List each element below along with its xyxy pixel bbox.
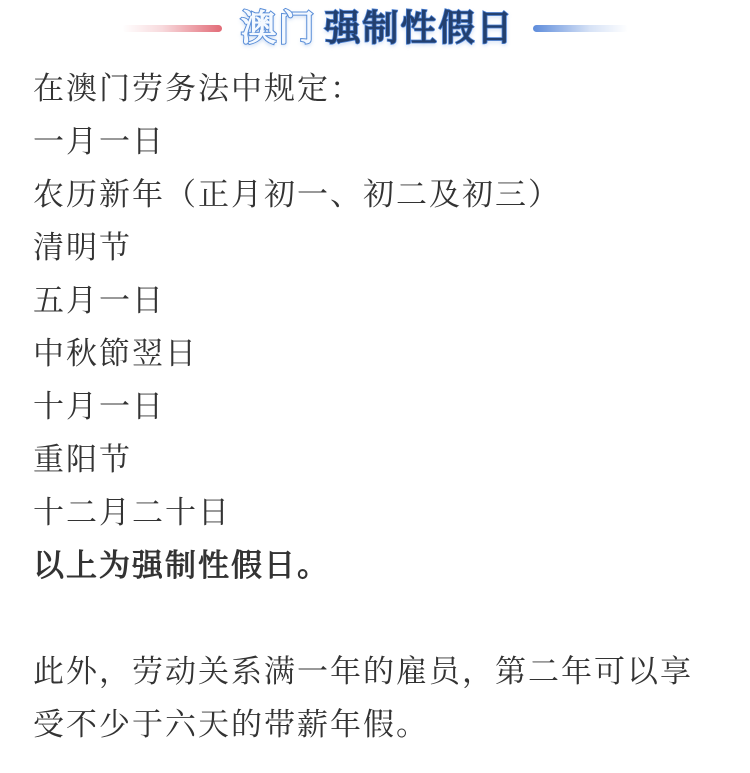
holiday-item: 十二月二十日 bbox=[33, 486, 720, 539]
title-region-label: 澳门 bbox=[240, 7, 316, 48]
page-title: 澳门强制性假日 bbox=[240, 6, 514, 50]
holiday-item: 清明节 bbox=[33, 221, 720, 274]
article-body: 在澳门劳务法中规定： 一月一日 农历新年（正月初一、初二及初三） 清明节 五月一… bbox=[0, 50, 750, 751]
summary-line: 以上为强制性假日。 bbox=[33, 539, 720, 592]
blank-line bbox=[33, 592, 720, 645]
article-page: 澳门强制性假日 在澳门劳务法中规定： 一月一日 农历新年（正月初一、初二及初三）… bbox=[0, 0, 750, 773]
decorative-gradient-line-right bbox=[533, 25, 628, 32]
intro-line: 在澳门劳务法中规定： bbox=[33, 62, 720, 115]
holiday-item: 重阳节 bbox=[33, 433, 720, 486]
holiday-item: 农历新年（正月初一、初二及初三） bbox=[33, 168, 720, 221]
holiday-item: 十月一日 bbox=[33, 380, 720, 433]
holiday-item: 五月一日 bbox=[33, 274, 720, 327]
section-header: 澳门强制性假日 bbox=[0, 0, 750, 50]
holiday-item: 一月一日 bbox=[33, 115, 720, 168]
decorative-gradient-line-left bbox=[122, 25, 222, 32]
holiday-item: 中秋節翌日 bbox=[33, 327, 720, 380]
title-main-label: 强制性假日 bbox=[325, 7, 515, 48]
note-paragraph: 此外，劳动关系满一年的雇员，第二年可以享受不少于六天的带薪年假。 bbox=[33, 645, 720, 751]
